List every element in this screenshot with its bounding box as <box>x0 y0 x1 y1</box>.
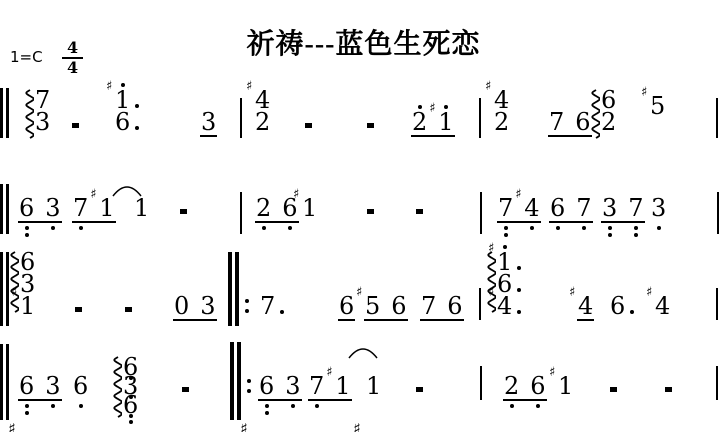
note-digit: 2 <box>256 197 271 219</box>
barline <box>6 344 9 420</box>
chord-row: 4♯ <box>497 295 512 317</box>
note-digit: 6 <box>73 375 88 397</box>
note-digit: 3 <box>285 375 300 397</box>
sharp-icon: ♯ <box>515 188 521 201</box>
note: 6 <box>73 375 88 397</box>
barline <box>6 184 9 234</box>
duration-dash <box>416 209 423 214</box>
barline <box>716 98 718 138</box>
note-digit: 3 <box>200 295 215 317</box>
note: 1♯ <box>302 197 317 219</box>
note-digit: 6 <box>575 111 590 133</box>
note-digit: 7 <box>73 197 88 219</box>
sharp-icon: ♯ <box>326 366 332 379</box>
beamed-note-group: 67 <box>549 197 593 223</box>
note-digit: 6 <box>447 295 462 317</box>
chord: 631♯ <box>10 251 35 323</box>
chord: 636 <box>113 356 138 419</box>
octave-down-dot <box>536 404 540 408</box>
note-digit: 1♯ <box>302 197 317 219</box>
duration-dot <box>135 104 139 108</box>
note-digit: 6 <box>391 295 406 317</box>
beamed-note-group: 76 <box>548 111 592 137</box>
chord: 1♯6 <box>115 89 130 133</box>
chord-row: 6 <box>115 111 130 133</box>
note-digit: 6 <box>115 111 130 133</box>
duration-dot <box>135 126 139 130</box>
sharp-icon: ♯ <box>646 286 652 299</box>
beamed-note-group: 74♯ <box>497 197 541 223</box>
octave-down-dot <box>657 226 661 230</box>
note-digit: 6 <box>530 375 545 397</box>
octave-down-dot <box>530 226 534 230</box>
note-digit: 3 <box>201 111 216 133</box>
chord-notes: 636 <box>123 356 138 413</box>
note: 6 <box>338 295 355 321</box>
start-double-barline <box>0 344 9 420</box>
tie-arc <box>348 346 378 359</box>
octave-down-dot <box>265 404 269 408</box>
repeat-start-sign <box>228 252 256 326</box>
sharp-icon: ♯ <box>488 286 494 299</box>
chord-notes: 4♯2 <box>494 89 509 133</box>
duration-dot <box>630 310 634 314</box>
barline <box>0 252 3 326</box>
note: 1 <box>366 375 381 397</box>
beamed-note-group: 37 <box>601 197 645 223</box>
system-1: 731♯634♯221♯4♯276625♯ <box>0 82 727 144</box>
octave-up-dot <box>418 105 422 109</box>
note-digit: 7 <box>576 197 591 219</box>
note-digit: 1♯ <box>438 111 453 133</box>
octave-down-dot <box>608 226 612 230</box>
sharp-icon: ♯ <box>106 80 112 93</box>
octave-down-dot <box>25 411 29 415</box>
beamed-note-group: 71♯ <box>308 375 352 401</box>
arpeggio-icon <box>25 89 34 139</box>
note-digit: 1 <box>134 197 149 219</box>
chord-notes: 62 <box>601 89 616 133</box>
octave-down-dot <box>129 420 133 424</box>
octave-down-dot <box>25 404 29 408</box>
barline <box>6 88 9 138</box>
repeat-start-sign <box>230 342 258 420</box>
barline <box>6 252 9 326</box>
note-digit: 6 <box>550 197 565 219</box>
note: 3 <box>651 197 666 219</box>
beamed-note-group: 71♯ <box>72 197 116 223</box>
barline <box>240 192 242 234</box>
note: 5♯ <box>650 95 665 117</box>
note-digit: 4♯ <box>655 295 670 317</box>
note-digit: 3 <box>45 197 60 219</box>
octave-up-dot <box>503 245 507 249</box>
octave-down-dot <box>504 233 508 237</box>
note-digit: 0 <box>174 295 189 317</box>
repeat-dot <box>245 299 249 303</box>
octave-down-dot <box>510 404 514 408</box>
note: 4♯ <box>655 295 670 317</box>
note: 1♯ <box>558 375 573 397</box>
duration-dash <box>182 387 189 392</box>
octave-up-dot <box>121 83 125 87</box>
duration-dot <box>517 310 521 314</box>
note-digit: 7 <box>628 197 643 219</box>
system-3: 631♯03765♯6761♯64♯4♯64♯ <box>0 248 727 330</box>
sharp-icon: ♯ <box>549 366 555 379</box>
octave-down-dot <box>634 233 638 237</box>
octave-down-dot <box>504 226 508 230</box>
duration-dash <box>610 387 617 392</box>
chord-notes: 631♯ <box>20 251 35 317</box>
chord-notes: 73 <box>35 89 50 133</box>
chord-notes: 1♯64♯ <box>497 251 512 317</box>
sharp-icon: ♯ <box>356 286 362 299</box>
beamed-note-group: 26 <box>503 375 547 401</box>
note-digit: 3 <box>602 197 617 219</box>
cutoff-glyph-fragment: ♯ <box>353 423 361 432</box>
note-digit: 3 <box>35 111 50 133</box>
note-digit: 1♯ <box>335 375 350 397</box>
barline <box>717 192 719 234</box>
note-digit: 7 <box>421 295 436 317</box>
duration-dash <box>75 307 82 312</box>
beamed-note-group: 76 <box>420 295 464 321</box>
arpeggio-icon <box>591 89 600 139</box>
start-double-barline <box>0 184 9 234</box>
note-digit: 1♯ <box>20 295 35 317</box>
barline <box>0 344 3 420</box>
note: 1 <box>134 197 149 219</box>
note-digit: 6 <box>19 375 34 397</box>
duration-dot <box>280 310 284 314</box>
beamed-note-group: 5♯6 <box>364 295 408 321</box>
octave-down-dot <box>129 414 133 418</box>
note-digit: 7 <box>309 375 324 397</box>
beamed-note-group: 63 <box>18 375 62 401</box>
octave-down-dot <box>608 233 612 237</box>
duration-dot <box>517 266 521 270</box>
note: 4♯ <box>577 295 594 321</box>
repeat-colon <box>245 299 249 319</box>
sharp-icon: ♯ <box>246 80 252 93</box>
note-digit: 3 <box>651 197 666 219</box>
note-digit: 6 <box>19 197 34 219</box>
note-digit: 5♯ <box>365 295 380 317</box>
cutoff-glyph-fragment: ♯ <box>240 423 248 432</box>
note: 6 <box>610 295 625 317</box>
start-double-barline <box>0 88 9 138</box>
chord-row: 2 <box>255 111 270 133</box>
note-digit: 2 <box>412 111 427 133</box>
note: 3 <box>200 111 217 137</box>
note-digit: 7 <box>498 197 513 219</box>
duration-dash <box>305 123 312 128</box>
duration-dash <box>125 307 132 312</box>
octave-down-dot <box>315 404 319 408</box>
note: 7 <box>260 295 275 317</box>
barline <box>716 366 718 400</box>
repeat-dot <box>247 379 251 383</box>
octave-down-dot <box>51 404 55 408</box>
chord: 4♯2 <box>494 89 509 133</box>
octave-down-dot <box>582 226 586 230</box>
octave-down-dot <box>265 411 269 415</box>
barline <box>480 192 482 234</box>
duration-dash <box>72 123 79 128</box>
barline <box>230 342 234 420</box>
note-digit: 4♯ <box>524 197 539 219</box>
sharp-icon: ♯ <box>488 242 494 255</box>
sharp-icon: ♯ <box>429 102 435 115</box>
chord: 4♯2 <box>255 89 270 133</box>
chord-row: 2 <box>494 111 509 133</box>
note-digit: 4♯ <box>497 295 512 317</box>
chord-notes: 4♯2 <box>255 89 270 133</box>
chord-row: 6 <box>123 394 138 413</box>
note-digit: 2 <box>601 111 616 133</box>
score-page: 1=C 4 4 祈祷---蓝色生死恋 731♯634♯221♯4♯276625♯… <box>0 0 727 432</box>
octave-down-dot <box>25 233 29 237</box>
note-digit: 3 <box>45 375 60 397</box>
octave-down-dot <box>288 226 292 230</box>
song-title: 祈祷---蓝色生死恋 <box>0 22 727 62</box>
sharp-icon: ♯ <box>11 286 17 299</box>
beamed-note-group: 63 <box>18 197 62 223</box>
beamed-note-group: 21♯ <box>411 111 455 137</box>
note-digit: 2 <box>255 111 270 133</box>
barline <box>479 98 481 138</box>
barline <box>235 252 239 326</box>
sharp-icon: ♯ <box>90 188 96 201</box>
system-2: 6371♯1261♯74♯67373 <box>0 178 727 238</box>
octave-down-dot <box>25 226 29 230</box>
note-digit: 6 <box>259 375 274 397</box>
chord-row: 2 <box>601 111 616 133</box>
beamed-note-group: 63 <box>258 375 302 401</box>
octave-down-dot <box>291 404 295 408</box>
barline <box>0 88 3 138</box>
chord-notes: 1♯6 <box>115 89 130 133</box>
arpeggio-icon <box>113 356 122 419</box>
barline <box>0 184 3 234</box>
start-double-barline <box>0 252 9 326</box>
octave-down-dot <box>79 404 83 408</box>
barline <box>228 252 232 326</box>
duration-dot <box>517 288 521 292</box>
note-digit: 2 <box>504 375 519 397</box>
chord-row: 3 <box>35 111 50 133</box>
note-digit: 5♯ <box>650 95 665 117</box>
octave-down-dot <box>79 226 83 230</box>
octave-down-dot <box>556 226 560 230</box>
chord: 1♯64♯ <box>487 251 512 323</box>
system-4: 6366366371♯1261♯ <box>0 338 727 430</box>
duration-dash <box>416 387 423 392</box>
sharp-icon: ♯ <box>485 80 491 93</box>
note-digit: 1♯ <box>558 375 573 397</box>
note-digit: 1 <box>366 375 381 397</box>
note-digit: 4♯ <box>578 295 593 317</box>
beamed-note-group: 03 <box>173 295 217 321</box>
note-digit: 7 <box>549 111 564 133</box>
tie <box>348 344 378 363</box>
barline <box>237 342 241 420</box>
octave-down-dot <box>262 226 266 230</box>
barline <box>716 288 718 320</box>
duration-dash <box>367 209 374 214</box>
sharp-icon: ♯ <box>641 86 647 99</box>
note-digit: 7 <box>260 295 275 317</box>
chord-row: 1♯ <box>20 295 35 317</box>
cutoff-glyph-fragment: ♯ <box>8 423 16 432</box>
note-digit: 2 <box>494 111 509 133</box>
octave-down-dot <box>634 226 638 230</box>
octave-up-dot <box>444 105 448 109</box>
duration-dash <box>367 123 374 128</box>
chord: 62 <box>591 89 616 139</box>
duration-dash <box>180 209 187 214</box>
barline <box>240 98 242 138</box>
repeat-colon <box>247 379 251 399</box>
sharp-icon: ♯ <box>293 188 299 201</box>
note-digit: 6 <box>339 295 354 317</box>
note-digit: 6 <box>123 394 138 416</box>
octave-down-dot <box>51 226 55 230</box>
barline <box>480 366 482 400</box>
repeat-dot <box>245 309 249 313</box>
barline <box>479 288 481 320</box>
sharp-icon: ♯ <box>569 286 575 299</box>
chord: 73 <box>25 89 50 139</box>
repeat-dot <box>247 389 251 393</box>
note-digit: 6 <box>610 295 625 317</box>
duration-dash <box>665 387 672 392</box>
